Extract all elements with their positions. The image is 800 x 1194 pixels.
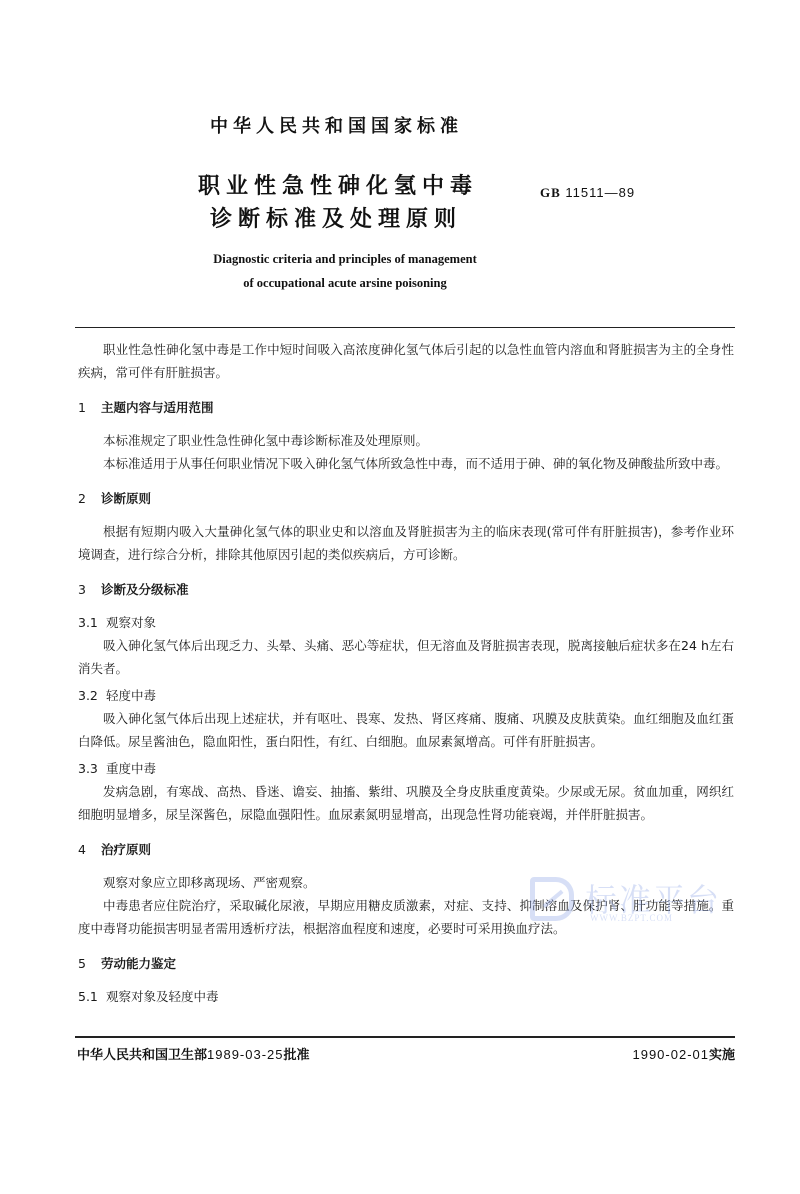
title-line-2: 诊断标准及处理原则 [198,203,478,236]
section-4-paragraph-2: 中毒患者应住院治疗，采取碱化尿液，早期应用糖皮质激素，对症、支持、抑制溶血及保护… [78,894,734,940]
english-title: Diagnostic criteria and principles of ma… [190,247,500,295]
subsection-title: 观察对象 [106,615,156,630]
approved-by: 中华人民共和国卫生部 [77,1048,207,1063]
section-number: 4 [78,838,101,861]
title-line-1: 职业性急性砷化氢中毒 [198,170,478,203]
section-title: 主题内容与适用范围 [101,400,214,415]
approved-suffix: 批准 [284,1048,310,1063]
section-number: 1 [78,396,101,419]
subsection-3-3-heading: 3.3重度中毒 [78,757,734,780]
standard-code-number: 11511—89 [565,185,635,200]
section-number: 3 [78,578,101,601]
section-number: 5 [78,952,101,975]
section-title: 劳动能力鉴定 [101,956,176,971]
section-3-heading: 3诊断及分级标准 [78,578,734,601]
subsection-title: 轻度中毒 [106,688,156,703]
section-title: 诊断原则 [101,491,151,506]
document-page: 中华人民共和国国家标准 职业性急性砷化氢中毒 诊断标准及处理原则 GB 1151… [0,0,800,1194]
approval-info: 中华人民共和国卫生部1989-03-25批准 [77,1044,310,1063]
document-body: 职业性急性砷化氢中毒是工作中短时间吸入高浓度砷化氢气体后引起的以急性血管内溶血和… [78,338,734,1008]
section-2-paragraph-1: 根据有短期内吸入大量砷化氢气体的职业史和以溶血及肾脏损害为主的临床表现(常可伴有… [78,520,734,566]
footer-divider [75,1036,735,1038]
section-5-heading: 5劳动能力鉴定 [78,952,734,975]
subsection-3-1-heading: 3.1观察对象 [78,611,734,634]
subsection-number: 3.2 [78,684,106,707]
english-title-line-2: of occupational acute arsine poisoning [190,271,500,295]
standard-code: GB 11511—89 [540,185,635,201]
effective-info: 1990-02-01实施 [632,1044,735,1063]
subsection-3-3-text: 发病急剧，有寒战、高热、昏迷、谵妄、抽搐、紫绀、巩膜及全身皮肤重度黄染。少尿或无… [78,780,734,826]
section-title: 治疗原则 [101,842,151,857]
subsection-title: 观察对象及轻度中毒 [106,989,219,1004]
effective-suffix: 实施 [709,1048,735,1063]
section-1-paragraph-1: 本标准规定了职业性急性砷化氢中毒诊断标准及处理原则。 [78,429,734,452]
approved-date: 1989-03-25 [207,1047,284,1062]
subsection-number: 3.3 [78,757,106,780]
subsection-5-1-heading: 5.1观察对象及轻度中毒 [78,985,734,1008]
section-2-heading: 2诊断原则 [78,487,734,510]
section-4-heading: 4治疗原则 [78,838,734,861]
subsection-number: 5.1 [78,985,106,1008]
national-standard-label: 中华人民共和国国家标准 [210,112,463,138]
subsection-number: 3.1 [78,611,106,634]
subsection-3-2-text: 吸入砷化氢气体后出现上述症状，并有呕吐、畏寒、发热、肾区疼痛、腹痛、巩膜及皮肤黄… [78,707,734,753]
section-number: 2 [78,487,101,510]
section-title: 诊断及分级标准 [101,582,189,597]
subsection-3-1-text: 吸入砷化氢气体后出现乏力、头晕、头痛、恶心等症状，但无溶血及肾脏损害表现，脱离接… [78,634,734,680]
section-4-paragraph-1: 观察对象应立即移离现场、严密观察。 [78,871,734,894]
effective-date: 1990-02-01 [632,1047,709,1062]
subsection-title: 重度中毒 [106,761,156,776]
intro-paragraph: 职业性急性砷化氢中毒是工作中短时间吸入高浓度砷化氢气体后引起的以急性血管内溶血和… [78,338,734,384]
document-title: 职业性急性砷化氢中毒 诊断标准及处理原则 [198,170,478,236]
english-title-line-1: Diagnostic criteria and principles of ma… [190,247,500,271]
section-1-heading: 1主题内容与适用范围 [78,396,734,419]
standard-code-prefix: GB [540,185,561,200]
section-1-paragraph-2: 本标准适用于从事任何职业情况下吸入砷化氢气体所致急性中毒，而不适用于砷、砷的氧化… [78,452,734,475]
footer: 中华人民共和国卫生部1989-03-25批准 1990-02-01实施 [77,1044,735,1063]
subsection-3-2-heading: 3.2轻度中毒 [78,684,734,707]
header-divider [75,327,735,328]
